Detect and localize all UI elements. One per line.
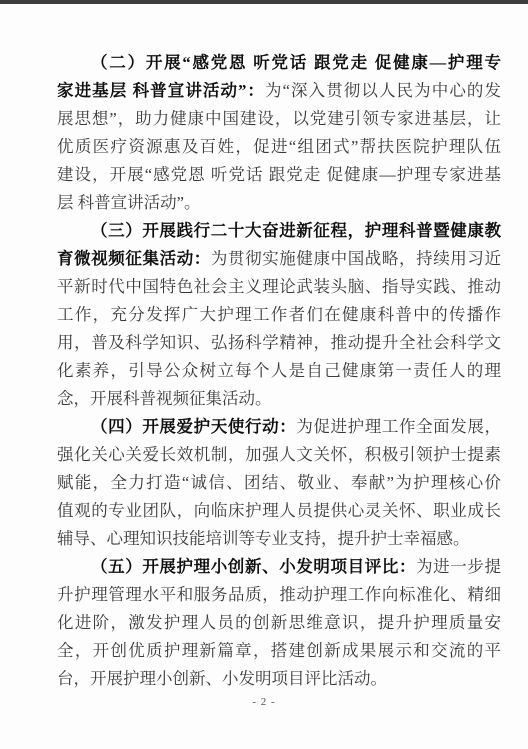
body-text-run: 建设，开展“感党恩 听党话 跟党走 促健康—护理专家进基 — [57, 165, 501, 184]
text-line: 念，开展科普视频征集活动。 — [57, 385, 501, 413]
body-text-run: 辅导、心理知识技能培训等专业支持，提升护士幸福感。 — [57, 529, 470, 548]
body-text-run: 化素养，引导公众树立每个人是自己健康第一责任人的理 — [57, 361, 501, 380]
body-text-run: 为促进护理工作全面发展， — [296, 417, 501, 436]
text-line: 育微视频征集活动：为贯彻实施健康中国战略，持续用习近 — [57, 245, 501, 273]
text-line: 平新时代中国特色社会主义理论武装头脑、指导实践、推动 — [57, 273, 501, 301]
bold-heading-run: （三）开展践行二十大奋进新征程，护理科普暨健康教 — [91, 221, 501, 240]
text-line: 展思想”，助力健康中国建设，以党建引领专家进基层，让 — [57, 105, 501, 133]
text-line: 用，普及科学知识、弘扬科学精神，推动提升全社会科学文 — [57, 329, 501, 357]
body-text-run: 台，开展护理小创新、小发明项目评比活动。 — [57, 669, 387, 688]
text-line: （五）开展护理小创新、小发明项目评比：为进一步提 — [57, 553, 501, 581]
text-line: （二）开展“感党恩 听党话 跟党走 促健康—护理专 — [57, 49, 501, 77]
text-line: 全，开创优质护理新篇章，搭建创新成果展示和交流的平 — [57, 637, 501, 665]
text-line: 赋能，全力打造“诚信、团结、敬业、奉献”为护理核心价 — [57, 469, 501, 497]
text-line: 辅导、心理知识技能培训等专业支持，提升护士幸福感。 — [57, 525, 501, 553]
body-text-run: 为“深入贯彻以人民为中心的发 — [265, 81, 501, 100]
text-line: 优质医疗资源惠及百姓，促进“组团式”帮扶医院护理队伍 — [57, 133, 501, 161]
paragraph-section-3: （三）开展践行二十大奋进新征程，护理科普暨健康教育微视频征集活动：为贯彻实施健康… — [57, 217, 501, 413]
bold-heading-run: （二）开展“感党恩 听党话 跟党走 促健康—护理专 — [91, 53, 501, 72]
text-line: （三）开展践行二十大奋进新征程，护理科普暨健康教 — [57, 217, 501, 245]
scan-top-edge — [0, 0, 528, 4]
body-text-run: 工作，充分发挥广大护理工作者们在健康科普中的传播作 — [57, 305, 501, 324]
bold-heading-run: 育微视频征集活动： — [57, 249, 211, 268]
text-line: 工作，充分发挥广大护理工作者们在健康科普中的传播作 — [57, 301, 501, 329]
bold-heading-run: 家进基层 科普宣讲活动”： — [57, 81, 265, 100]
body-text-run: 为贯彻实施健康中国战略，持续用习近 — [211, 249, 501, 268]
text-line: 台，开展护理小创新、小发明项目评比活动。 — [57, 665, 501, 693]
body-text-run: 升护理管理水平和服务品质，推动护理工作向标准化、精细 — [57, 585, 501, 604]
body-text-run: 念，开展科普视频征集活动。 — [57, 389, 272, 408]
text-line: （四）开展爱护天使行动：为促进护理工作全面发展， — [57, 413, 501, 441]
text-line: 化进阶，激发护理人员的创新思维意识，提升护理质量安 — [57, 609, 501, 637]
body-text-run: 平新时代中国特色社会主义理论武装头脑、指导实践、推动 — [57, 277, 501, 296]
paragraph-section-2: （二）开展“感党恩 听党话 跟党走 促健康—护理专家进基层 科普宣讲活动”：为“… — [57, 49, 501, 217]
body-text-run: 赋能，全力打造“诚信、团结、敬业、奉献”为护理核心价 — [57, 473, 501, 492]
body-text-run: 优质医疗资源惠及百姓，促进“组团式”帮扶医院护理队伍 — [57, 137, 501, 156]
bold-heading-run: （四）开展爱护天使行动： — [91, 417, 296, 436]
paragraph-section-5: （五）开展护理小创新、小发明项目评比：为进一步提升护理管理水平和服务品质，推动护… — [57, 553, 501, 693]
body-text-run: 为进一步提 — [416, 557, 501, 576]
page-number: - 2 - — [0, 696, 528, 708]
text-line: 建设，开展“感党恩 听党话 跟党走 促健康—护理专家进基 — [57, 161, 501, 189]
body-text-run: 全，开创优质护理新篇章，搭建创新成果展示和交流的平 — [57, 641, 501, 660]
body-text-run: 值观的专业团队，向临床护理人员提供心灵关怀、职业成长 — [57, 501, 501, 520]
document-body: （二）开展“感党恩 听党话 跟党走 促健康—护理专家进基层 科普宣讲活动”：为“… — [57, 49, 501, 693]
text-line: 升护理管理水平和服务品质，推动护理工作向标准化、精细 — [57, 581, 501, 609]
body-text-run: 强化关心关爱长效机制，加强人文关怀，积极引领护士提素 — [57, 445, 501, 464]
body-text-run: 用，普及科学知识、弘扬科学精神，推动提升全社会科学文 — [57, 333, 501, 352]
body-text-run: 层 科普宣讲活动”。 — [57, 193, 200, 212]
body-text-run: 化进阶，激发护理人员的创新思维意识，提升护理质量安 — [57, 613, 501, 632]
text-line: 化素养，引导公众树立每个人是自己健康第一责任人的理 — [57, 357, 501, 385]
bold-heading-run: （五）开展护理小创新、小发明项目评比： — [91, 557, 416, 576]
paragraph-section-4: （四）开展爱护天使行动：为促进护理工作全面发展，强化关心关爱长效机制，加强人文关… — [57, 413, 501, 553]
text-line: 家进基层 科普宣讲活动”：为“深入贯彻以人民为中心的发 — [57, 77, 501, 105]
text-line: 层 科普宣讲活动”。 — [57, 189, 501, 217]
text-line: 值观的专业团队，向临床护理人员提供心灵关怀、职业成长 — [57, 497, 501, 525]
body-text-run: 展思想”，助力健康中国建设，以党建引领专家进基层，让 — [57, 109, 501, 128]
text-line: 强化关心关爱长效机制，加强人文关怀，积极引领护士提素 — [57, 441, 501, 469]
